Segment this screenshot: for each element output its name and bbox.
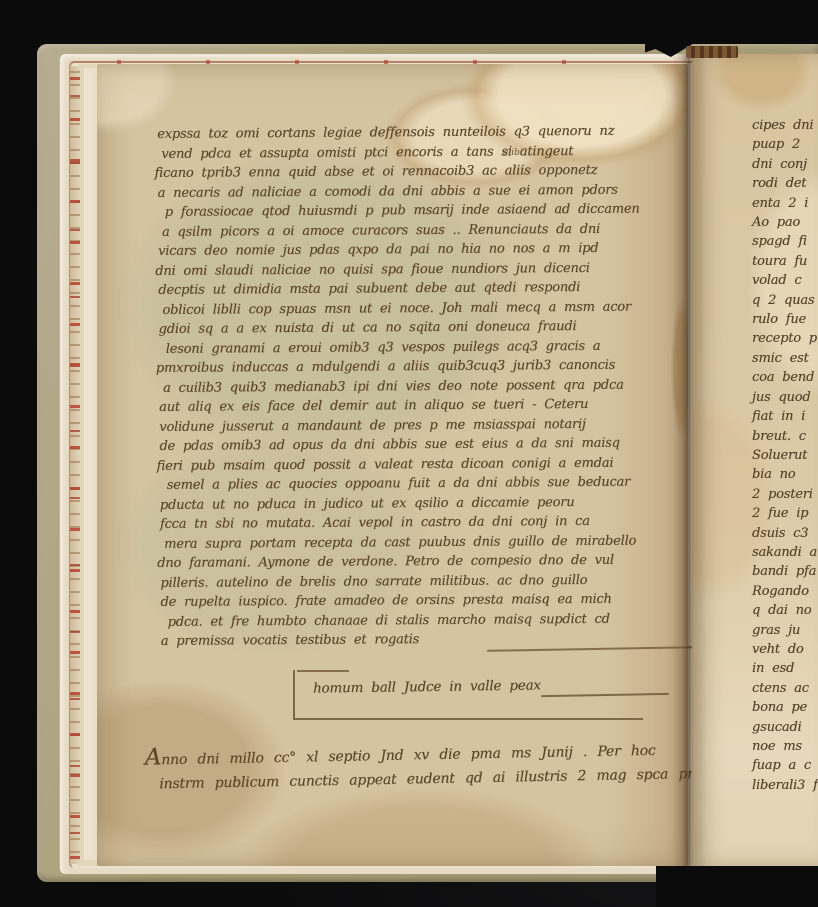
facing-line: bona pe bbox=[752, 698, 818, 717]
manuscript-line: de pdas omib3 ad opus da dni abbis sue e… bbox=[159, 433, 699, 456]
facing-line: q dai no bbox=[752, 601, 818, 620]
facing-line: 2 fue ip bbox=[752, 504, 818, 523]
facing-line: ctens ac bbox=[752, 679, 818, 698]
manuscript-line: p forassiocae qtod huiusmdi p pub msarij… bbox=[165, 199, 698, 222]
manuscript-line: semel a plies ac quocies oppoanu fuit a … bbox=[167, 472, 700, 495]
photo-background: expssa toz omi cortans legiae deffensois… bbox=[0, 0, 818, 907]
main-text-block: expssa toz omi cortans legiae deffensois… bbox=[157, 121, 701, 651]
facing-line: smic est bbox=[752, 349, 818, 368]
facing-line: fuap a c bbox=[752, 756, 818, 775]
facing-page-sliver: cipes dnipuap 2dni conjrodi detenta 2 iA… bbox=[692, 54, 818, 866]
spine-gap bbox=[645, 0, 692, 57]
manuscript-line: oblicoi liblli cop spuas msn ut ei noce.… bbox=[162, 297, 698, 320]
background-bottom-right bbox=[656, 866, 818, 907]
facing-line: dni conj bbox=[752, 155, 818, 174]
manuscript-left-page: expssa toz omi cortans legiae deffensois… bbox=[97, 64, 688, 866]
facing-line: puap 2 bbox=[752, 135, 818, 154]
facing-line: gsucadi bbox=[752, 718, 818, 737]
facing-line: breut. c bbox=[752, 427, 818, 446]
facing-line: bandi pfa bbox=[752, 562, 818, 581]
closing-text-block: Anno dni millo cc° xl septio Jnd xv die … bbox=[145, 734, 726, 796]
facing-line: jus quod bbox=[752, 388, 818, 407]
facing-line: fiat in i bbox=[752, 407, 818, 426]
facing-line: liberali3 f bbox=[752, 776, 818, 795]
manuscript-line: a cuilib3 quib3 medianab3 ipi dni vies d… bbox=[163, 375, 699, 398]
facing-line: Rogando bbox=[752, 582, 818, 601]
headband bbox=[686, 46, 738, 58]
facing-line: spagd fi bbox=[752, 232, 818, 251]
facing-line: toura fu bbox=[752, 252, 818, 271]
facing-line: enta 2 i bbox=[752, 194, 818, 213]
facing-line: Ao pao bbox=[752, 213, 818, 232]
facing-line: rulo fue bbox=[752, 310, 818, 329]
facing-line: cipes dni bbox=[752, 116, 818, 135]
facing-line: volad c bbox=[752, 271, 818, 290]
facing-line: dsuis c3 bbox=[752, 524, 818, 543]
facing-text-column: cipes dnipuap 2dni conjrodi detenta 2 iA… bbox=[752, 116, 818, 795]
facing-line: coa bend bbox=[752, 368, 818, 387]
manuscript-line: mera supra portam recepta da cast puubus… bbox=[164, 531, 700, 554]
facing-line: noe ms bbox=[752, 737, 818, 756]
red-speckled-fore-edge bbox=[70, 66, 80, 864]
interlinear-note: alibi bbox=[503, 148, 523, 158]
facing-line: 2 posteri bbox=[752, 485, 818, 504]
facing-line: bia no bbox=[752, 465, 818, 484]
book-gutter-shadow bbox=[672, 54, 706, 868]
facing-line: gras ju bbox=[752, 621, 818, 640]
facing-line: rodi det bbox=[752, 174, 818, 193]
facing-line: veht do bbox=[752, 640, 818, 659]
boxed-note-text: homum ball Judce in valle peax bbox=[313, 677, 541, 696]
facing-line: Soluerut bbox=[752, 446, 818, 465]
facing-line: sakandi a bbox=[752, 543, 818, 562]
facing-line: in esd bbox=[752, 659, 818, 678]
facing-line: recepto p bbox=[752, 329, 818, 348]
facing-line: q 2 quas bbox=[752, 291, 818, 310]
